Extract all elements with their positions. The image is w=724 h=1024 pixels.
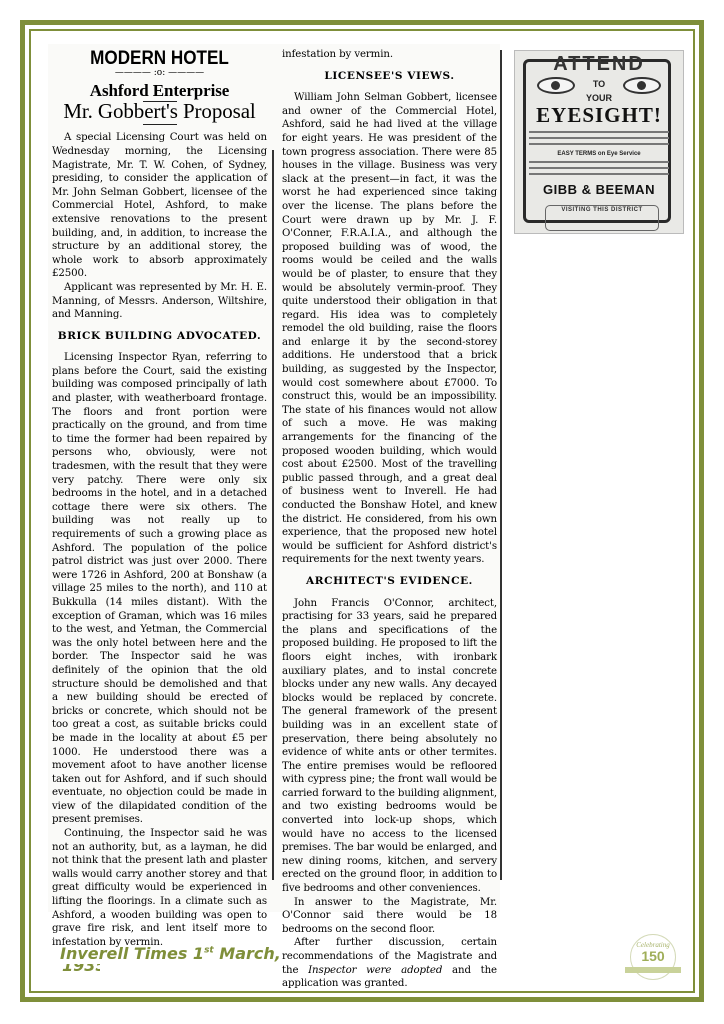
divider: [143, 124, 177, 126]
ad-visiting-box: VISITING THIS DISTRICT: [545, 205, 659, 231]
subheadline: Ashford Enterprise: [52, 84, 267, 98]
ad-your-text: YOUR: [515, 93, 683, 103]
column-rule: [500, 50, 502, 880]
anniversary-badge-logo: Celebrating 150: [630, 934, 676, 980]
ad-visiting-label: VISITING THIS DISTRICT: [546, 207, 658, 213]
paragraph: John Francis O'Connor, architect, practi…: [282, 597, 497, 896]
column-rule: [272, 150, 274, 880]
subheadline-2: Mr. Gobbert's Proposal: [52, 105, 267, 119]
ad-fine-print: [529, 167, 669, 169]
paragraph: A special Licensing Court was held on We…: [52, 131, 267, 281]
headline: MODERN HOTEL: [63, 52, 257, 66]
ad-firm-name: GIBB & BEEMAN: [515, 182, 683, 197]
paragraph-closing: After further discussion, certain recomm…: [282, 936, 497, 990]
ad-to-text: TO: [515, 79, 683, 89]
paragraph: William John Selman Gobbert, licensee an…: [282, 91, 497, 567]
source-caption: Inverell Times 1st March,: [60, 944, 281, 963]
continued-text: infestation by vermin.: [282, 48, 497, 62]
ad-terms-text: EASY TERMS on Eye Service: [515, 151, 683, 157]
ad-eyesight-text: EYESIGHT!: [515, 103, 683, 128]
eyesight-advertisement: ATTEND TO YOUR EYESIGHT! EASY TERMS on E…: [514, 50, 684, 234]
ad-fine-print: [529, 137, 669, 139]
section-heading-architect-evidence: ARCHITECT'S EVIDENCE.: [282, 575, 497, 589]
article-column-2: infestation by vermin. LICENSEE'S VIEWS.…: [282, 48, 497, 991]
ad-fine-print: [529, 173, 669, 175]
ad-fine-print: [529, 143, 669, 145]
section-heading-licensee-views: LICENSEE'S VIEWS.: [282, 70, 497, 84]
ad-fine-print: [529, 131, 669, 133]
ad-fine-print: [529, 161, 669, 163]
badge-number: 150: [631, 948, 675, 964]
badge-ribbon: [625, 967, 681, 973]
paragraph: In answer to the Magistrate, Mr. O'Conno…: [282, 896, 497, 937]
ad-attend-text: ATTEND: [515, 53, 683, 76]
paragraph: Licensing Inspector Ryan, referring to p…: [52, 351, 267, 827]
paragraph: Applicant was represented by Mr. H. E. M…: [52, 281, 267, 322]
section-heading-brick-building: BRICK BUILDING ADVOCATED.: [52, 330, 267, 344]
article-column-1: MODERN HOTEL ———— :o: ———— Ashford Enter…: [52, 48, 267, 949]
paragraph: Continuing, the Inspector said he was no…: [52, 827, 267, 949]
caption-year-clipped: 1935: [62, 964, 100, 974]
